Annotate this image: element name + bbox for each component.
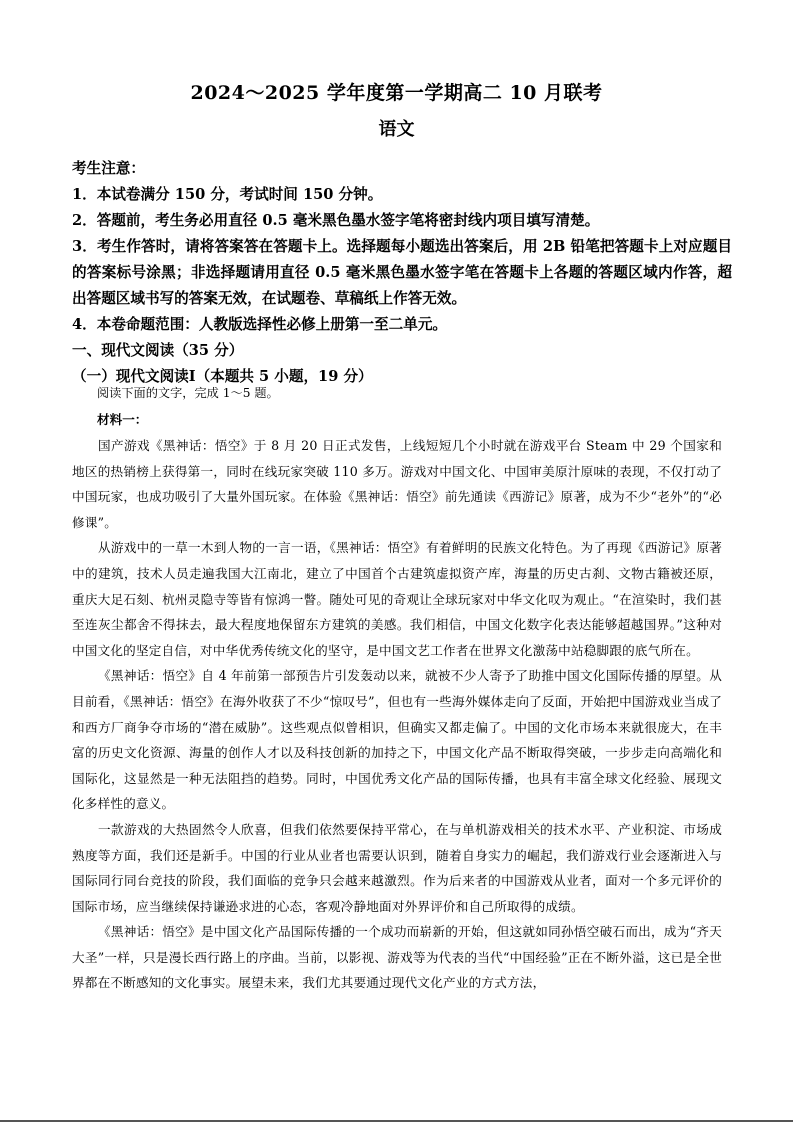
reading-instruction: 阅读下面的文字，完成 1～5 题。	[72, 380, 722, 406]
reading-passage: 阅读下面的文字，完成 1～5 题。 材料一： 国产游戏《黑神话：悟空》于 8 月…	[72, 380, 722, 996]
notice-item-3: 3．考生作答时，请将答案答在答题卡上。选择题每小题选出答案后，用 2B 铅笔把答…	[72, 234, 732, 312]
exam-title: 2024～2025 学年度第一学期高二 10 月联考	[0, 80, 793, 106]
notice-heading: 考生注意：	[72, 156, 732, 182]
passage-paragraph-3: 《黑神话：悟空》自 4 年前第一部预告片引发轰动以来，就被不少人寄予了助推中国文…	[72, 663, 722, 817]
exam-page: 2024～2025 学年度第一学期高二 10 月联考 语文 考生注意： 1．本试…	[0, 0, 793, 1122]
passage-paragraph-1: 国产游戏《黑神话：悟空》于 8 月 20 日正式发售，上线短短几个小时就在游戏平…	[72, 433, 722, 535]
notice-item-2: 2．答题前，考生务必用直径 0.5 毫米黑色墨水签字笔将密封线内项目填写清楚。	[72, 208, 732, 234]
passage-paragraph-5: 《黑神话：悟空》是中国文化产品国际传播的一个成功而崭新的开始，但这就如同孙悟空破…	[72, 919, 722, 996]
notice-item-4: 4．本卷命题范围：人教版选择性必修上册第一至二单元。	[72, 312, 732, 338]
notice-item-1: 1．本试卷满分 150 分，考试时间 150 分钟。	[72, 182, 732, 208]
material-label: 材料一：	[72, 406, 722, 433]
passage-paragraph-4: 一款游戏的大热固然令人欣喜，但我们依然要保持平常心，在与单机游戏相关的技术水平、…	[72, 817, 722, 919]
subject-title: 语文	[0, 117, 793, 143]
section-heading-modern-reading: 一、现代文阅读（35 分）	[72, 338, 732, 364]
exam-notice: 考生注意： 1．本试卷满分 150 分，考试时间 150 分钟。 2．答题前，考…	[72, 156, 732, 390]
passage-paragraph-2: 从游戏中的一草一木到人物的一言一语，《黑神话：悟空》有着鲜明的民族文化特色。为了…	[72, 535, 722, 663]
